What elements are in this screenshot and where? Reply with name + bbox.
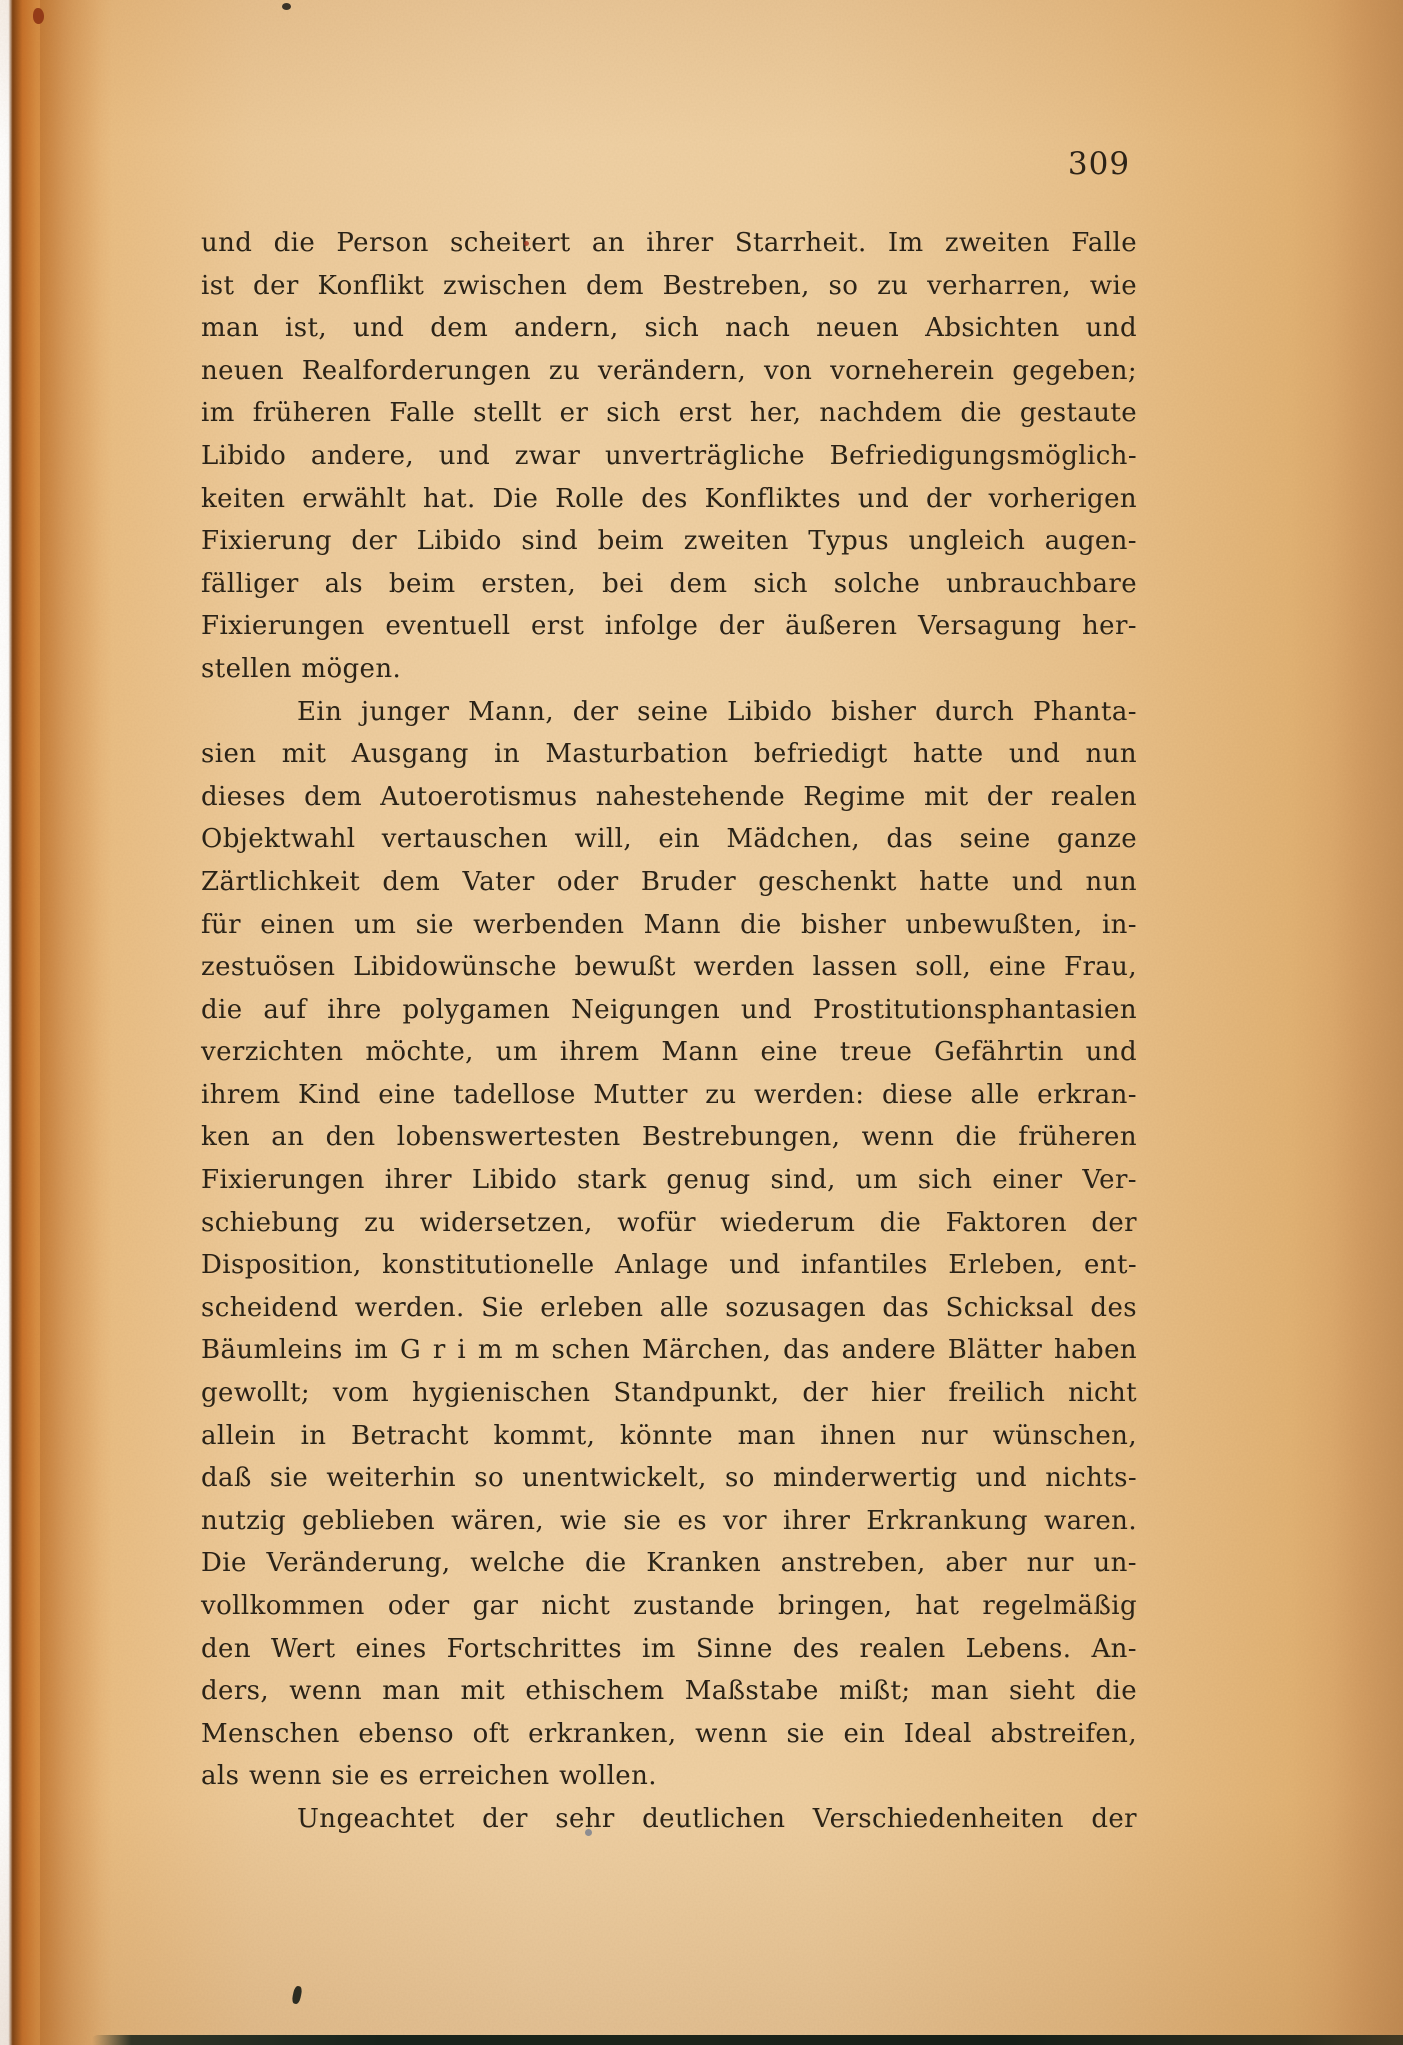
text-line: keiten erwählt hat. Die Rolle des Konfli… bbox=[201, 478, 1137, 521]
text-line: die auf ihre polygamen Neigungen und Pro… bbox=[201, 989, 1137, 1032]
text-line: gewollt; vom hygienischen Standpunkt, de… bbox=[201, 1372, 1137, 1415]
text-line: im früheren Falle stellt er sich erst he… bbox=[201, 392, 1137, 435]
text-line: Ein junger Mann, der seine Libido bisher… bbox=[201, 691, 1137, 734]
text-line: fälliger als beim ersten, bei dem sich s… bbox=[201, 563, 1137, 606]
text-line: ihrem Kind eine tadellose Mutter zu werd… bbox=[201, 1074, 1137, 1117]
text-line: dieses dem Autoerotismus nahestehende Re… bbox=[201, 776, 1137, 819]
text-line: stellen mögen. bbox=[201, 648, 1137, 691]
text-line: scheidend werden. Sie erleben alle sozus… bbox=[201, 1287, 1137, 1330]
text-line: für einen um sie werbenden Mann die bish… bbox=[201, 904, 1137, 947]
text-line: Fixierung der Libido sind beim zweiten T… bbox=[201, 520, 1137, 563]
paper-speck bbox=[33, 8, 44, 24]
text-line: neuen Realforderungen zu verändern, von … bbox=[201, 350, 1137, 393]
book-page: 309 und die Person scheitert an ihrer St… bbox=[0, 0, 1403, 2045]
paper-speck bbox=[524, 241, 529, 246]
page-number: 309 bbox=[1056, 146, 1142, 182]
text-line: allein in Betracht kommt, könnte man ihn… bbox=[201, 1415, 1137, 1458]
gutter-shadow bbox=[40, 0, 100, 2045]
text-line: ist der Konflikt zwischen dem Bestreben,… bbox=[201, 265, 1137, 308]
text-line: nutzig geblieben wären, wie sie es vor i… bbox=[201, 1500, 1137, 1543]
paper-speck bbox=[585, 1829, 592, 1836]
text-line: man ist, und dem andern, sich nach neuen… bbox=[201, 307, 1137, 350]
text-line: Zärtlichkeit dem Vater oder Bruder gesch… bbox=[201, 861, 1137, 904]
text-block: und die Person scheitert an ihrer Starrh… bbox=[201, 222, 1137, 1841]
text-line: sien mit Ausgang in Masturbation befried… bbox=[201, 733, 1137, 776]
text-line: vollkommen oder gar nicht zustande bring… bbox=[201, 1585, 1137, 1628]
text-line: Bäumleins im G r i m m schen Märchen, da… bbox=[201, 1329, 1137, 1372]
bottom-edge-band bbox=[92, 2035, 1403, 2045]
text-line: ders, wenn man mit ethischem Maßstabe mi… bbox=[201, 1670, 1137, 1713]
text-line: und die Person scheitert an ihrer Starrh… bbox=[201, 222, 1137, 265]
text-line: daß sie weiterhin so unentwickelt, so mi… bbox=[201, 1457, 1137, 1500]
text-line: schiebung zu widersetzen, wofür wiederum… bbox=[201, 1202, 1137, 1245]
text-line: Fixierungen ihrer Libido stark genug sin… bbox=[201, 1159, 1137, 1202]
text-line: Disposition, konstitutionelle Anlage und… bbox=[201, 1244, 1137, 1287]
text-line: Die Veränderung, welche die Kranken anst… bbox=[201, 1542, 1137, 1585]
text-line: Ungeachtet der sehr deutlichen Verschied… bbox=[201, 1798, 1137, 1841]
right-edge-shade bbox=[1333, 0, 1403, 2045]
text-line: zestuösen Libidowünsche bewußt werden la… bbox=[201, 946, 1137, 989]
text-line: Menschen ebenso oft erkranken, wenn sie … bbox=[201, 1713, 1137, 1756]
text-line: Objektwahl vertauschen will, ein Mädchen… bbox=[201, 818, 1137, 861]
paper-speck bbox=[282, 3, 291, 10]
text-line: Fixierungen eventuell erst infolge der ä… bbox=[201, 605, 1137, 648]
text-line: Libido andere, und zwar unverträgliche B… bbox=[201, 435, 1137, 478]
text-line: den Wert eines Fortschrittes im Sinne de… bbox=[201, 1628, 1137, 1671]
text-line: verzichten möchte, um ihrem Mann eine tr… bbox=[201, 1031, 1137, 1074]
text-line: als wenn sie es erreichen wollen. bbox=[201, 1755, 1137, 1798]
text-line: ken an den lobenswertesten Bestrebungen,… bbox=[201, 1116, 1137, 1159]
